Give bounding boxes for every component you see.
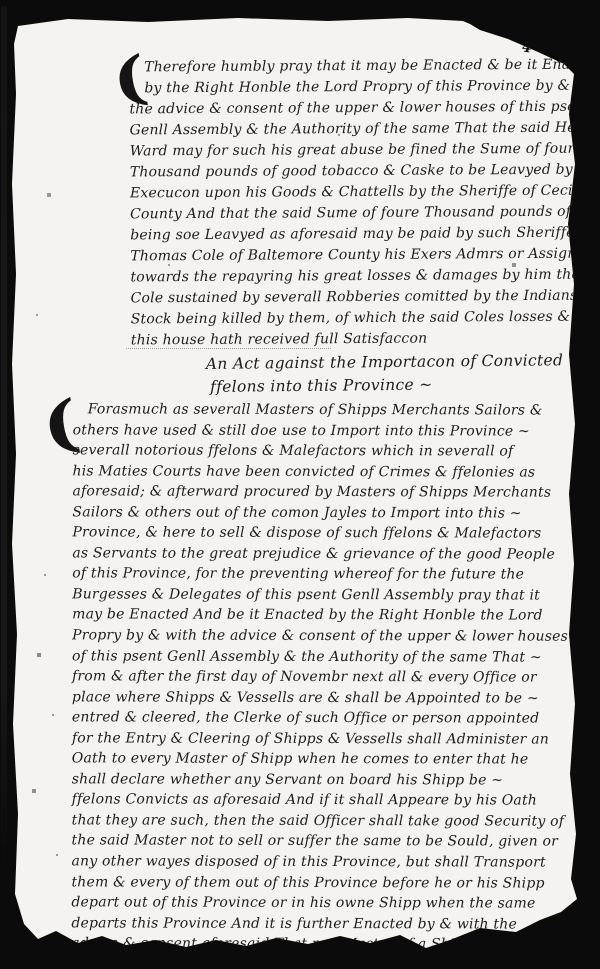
manuscript-line: severall notorious ffelons & Malefactors… (73, 440, 585, 462)
manuscript-line: Oath to every Master of Shipp when he co… (72, 749, 584, 771)
manuscript-line: place where Shipps & Vessells are & shal… (72, 687, 584, 709)
manuscript-page: 4 ( Therefore humbly pray that it may be… (8, 14, 580, 958)
manuscript-line: being soe Leavyed as aforesaid may be pa… (130, 223, 590, 247)
manuscript-line: them & every of them out of this Provinc… (71, 872, 583, 894)
act-title: An Act against the Importacon of Convict… (206, 349, 582, 399)
manuscript-line: the advice & consent of the upper & lowe… (129, 97, 589, 121)
manuscript-line: shall declare whether any Servant on boa… (72, 769, 584, 791)
scan-artifact-dots (126, 348, 331, 349)
manuscript-line: entred & cleered, the Clerke of such Off… (72, 708, 584, 730)
manuscript-line: Thomas Cole of Baltemore County his Exer… (130, 244, 590, 268)
act-body-paragraph: Forasmuch as severall Masters of Shipps … (71, 399, 584, 955)
manuscript-line: Forasmuch as severall Masters of Shipps … (73, 399, 585, 421)
catchword: (M (513, 933, 534, 950)
manuscript-line: Therefore humbly pray that it may be Ena… (129, 55, 589, 79)
manuscript-line: may be Enacted And be it Enacted by the … (72, 605, 584, 627)
manuscript-line: Execucon upon his Goods & Chattells by t… (130, 181, 590, 205)
manuscript-line: aforesaid; & afterward procured by Maste… (72, 482, 584, 504)
manuscript-line: his Maties Courts have been convicted of… (73, 461, 585, 483)
manuscript-line: that they are such, then the said Office… (72, 810, 584, 832)
manuscript-line: any other wayes disposed of in this Prov… (71, 851, 583, 873)
act-title-line: ffelons into this Province ~ (206, 372, 582, 399)
manuscript-line: ffelons Convicts as aforesaid And if it … (72, 790, 584, 812)
manuscript-line: Sailors & others out of the comon Jayles… (72, 502, 584, 524)
manuscript-line: Cole sustained by severall Robberies com… (131, 286, 591, 310)
manuscript-line: County And that the said Sume of foure T… (130, 202, 590, 226)
manuscript-line: from & after the first day of Novembr ne… (72, 666, 584, 688)
scan-speckles (8, 14, 10, 16)
manuscript-line: Genll Assembly & the Authority of the sa… (129, 118, 589, 142)
manuscript-line: by the Right Honble the Lord Propry of t… (129, 76, 589, 100)
page-edge-shadow (1, 6, 7, 872)
manuscript-line: Thousand pounds of good tobacco & Caske … (130, 160, 590, 184)
manuscript-line: towards the repayring his great losses &… (130, 265, 590, 289)
manuscript-line: advice & consent aforesaid That noe Mast… (71, 934, 583, 956)
manuscript-line: Propry by & with the advice & consent of… (72, 625, 584, 647)
manuscript-line: as Servants to the great prejudice & gri… (72, 543, 584, 565)
petition-paragraph: Therefore humbly pray that it may be Ena… (129, 55, 591, 352)
manuscript-line: Burgesses & Delegates of this psent Genl… (72, 584, 584, 606)
manuscript-line: depart out of this Province or in his ow… (71, 892, 583, 914)
manuscript-line: Stock being killed by them, of which the… (131, 307, 591, 331)
manuscript-line: departs this Province And it is further … (71, 913, 583, 935)
manuscript-line: of this Province, for the preventing whe… (72, 564, 584, 586)
manuscript-line: others have used & still doe use to Impo… (73, 420, 585, 442)
act-title-line: An Act against the Importacon of Convict… (206, 349, 582, 376)
manuscript-line: Ward may for such his great abuse be fin… (130, 139, 590, 163)
manuscript-line: the said Master not to sell or suffer th… (72, 831, 584, 853)
manuscript-line: Province, & here to sell & dispose of su… (72, 523, 584, 545)
scan-background: 4 ( Therefore humbly pray that it may be… (0, 0, 600, 969)
manuscript-line: of this psent Genll Assembly & the Autho… (72, 646, 584, 668)
manuscript-line: for the Entry & Cleering of Shipps & Ves… (72, 728, 584, 750)
